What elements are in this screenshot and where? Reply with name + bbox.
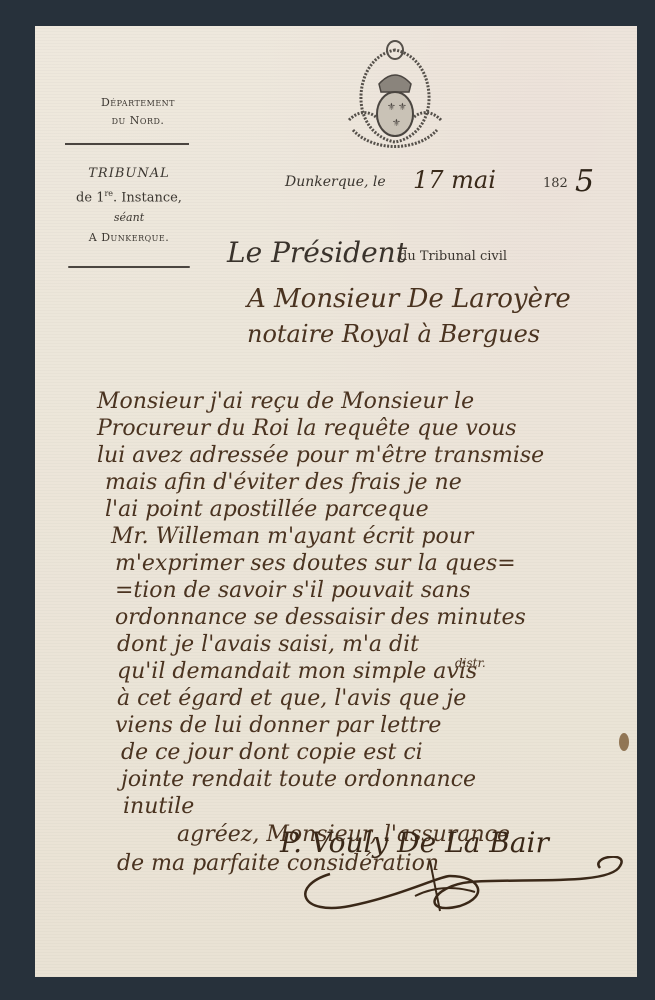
- dateline-year-prefix: 182: [543, 176, 568, 191]
- letterhead-bottom-flourish: [68, 266, 190, 268]
- letter-paper: Département du Nord. TRIBUNAL de 1re. In…: [35, 26, 637, 977]
- dateline: Dunkerque, le 17 mai 182 5: [285, 166, 625, 206]
- signature: P. Vouly De La Bair: [280, 826, 549, 859]
- seant-line: séant: [63, 208, 195, 228]
- sender-title: Le Président: [227, 236, 407, 269]
- dateline-place: Dunkerque, le: [285, 174, 386, 190]
- department-label: Département du Nord.: [73, 94, 203, 130]
- svg-text:⚜: ⚜: [392, 118, 401, 129]
- tribunal-title: TRIBUNAL: [63, 164, 195, 184]
- signature-flourish-icon: [290, 856, 630, 926]
- body-line: à cet égard et que, l'avis que je: [117, 685, 655, 712]
- body-line: lui avez adressée pour m'être transmise: [97, 442, 637, 469]
- sender-suffix: du Tribunal civil: [399, 249, 507, 264]
- royal-crest-fleur-de-lis-icon: ⚜ ⚜ ⚜: [343, 36, 447, 156]
- instance-line: de 1re. Instance,: [63, 184, 195, 208]
- body-line: mais afin d'éviter des frais je ne: [105, 469, 645, 496]
- tribunal-block: TRIBUNAL de 1re. Instance, séant A Dunke…: [63, 164, 195, 248]
- recipient-line1: A Monsieur De Laroyère: [247, 284, 571, 314]
- svg-text:⚜: ⚜: [398, 102, 407, 113]
- body-line: qu'il demandait mon simple avis: [117, 658, 655, 685]
- body-line: inutile: [123, 793, 655, 820]
- body-line: Mr. Willeman m'ayant écrit pour: [111, 523, 651, 550]
- body-line: =tion de savoir s'il pouvait sans: [115, 577, 655, 604]
- interlinear-insert: distr.: [455, 656, 486, 670]
- body-line: Procureur du Roi la requête que vous: [97, 415, 637, 442]
- body-line: m'exprimer ses doutes sur la ques=: [115, 550, 655, 577]
- body-line: l'ai point apostillée parceque: [105, 496, 645, 523]
- city-line: A Dunkerque.: [63, 228, 195, 248]
- body-line: jointe rendait toute ordonnance: [121, 766, 655, 793]
- dateline-year-digit: 5: [575, 164, 594, 199]
- body-line: dont je l'avais saisi, m'a dit: [117, 631, 655, 658]
- letterhead-divider: [65, 143, 189, 145]
- body-line: Monsieur j'ai reçu de Monsieur le: [97, 388, 637, 415]
- department-line1: Département: [73, 94, 203, 112]
- department-line2: du Nord.: [73, 112, 203, 130]
- body-line: viens de lui donner par lettre: [115, 712, 655, 739]
- recipient-line2: notaire Royal à Bergues: [247, 320, 540, 348]
- svg-text:⚜: ⚜: [387, 102, 396, 113]
- body-line: ordonnance se dessaisir des minutes: [115, 604, 655, 631]
- ink-stain: [619, 733, 629, 751]
- sender-line: Le Président du Tribunal civil: [227, 236, 627, 276]
- body-line: de ce jour dont copie est ci: [121, 739, 655, 766]
- letter-body: Monsieur j'ai reçu de Monsieur le Procur…: [97, 388, 637, 877]
- dateline-day-month: 17 mai: [413, 166, 496, 194]
